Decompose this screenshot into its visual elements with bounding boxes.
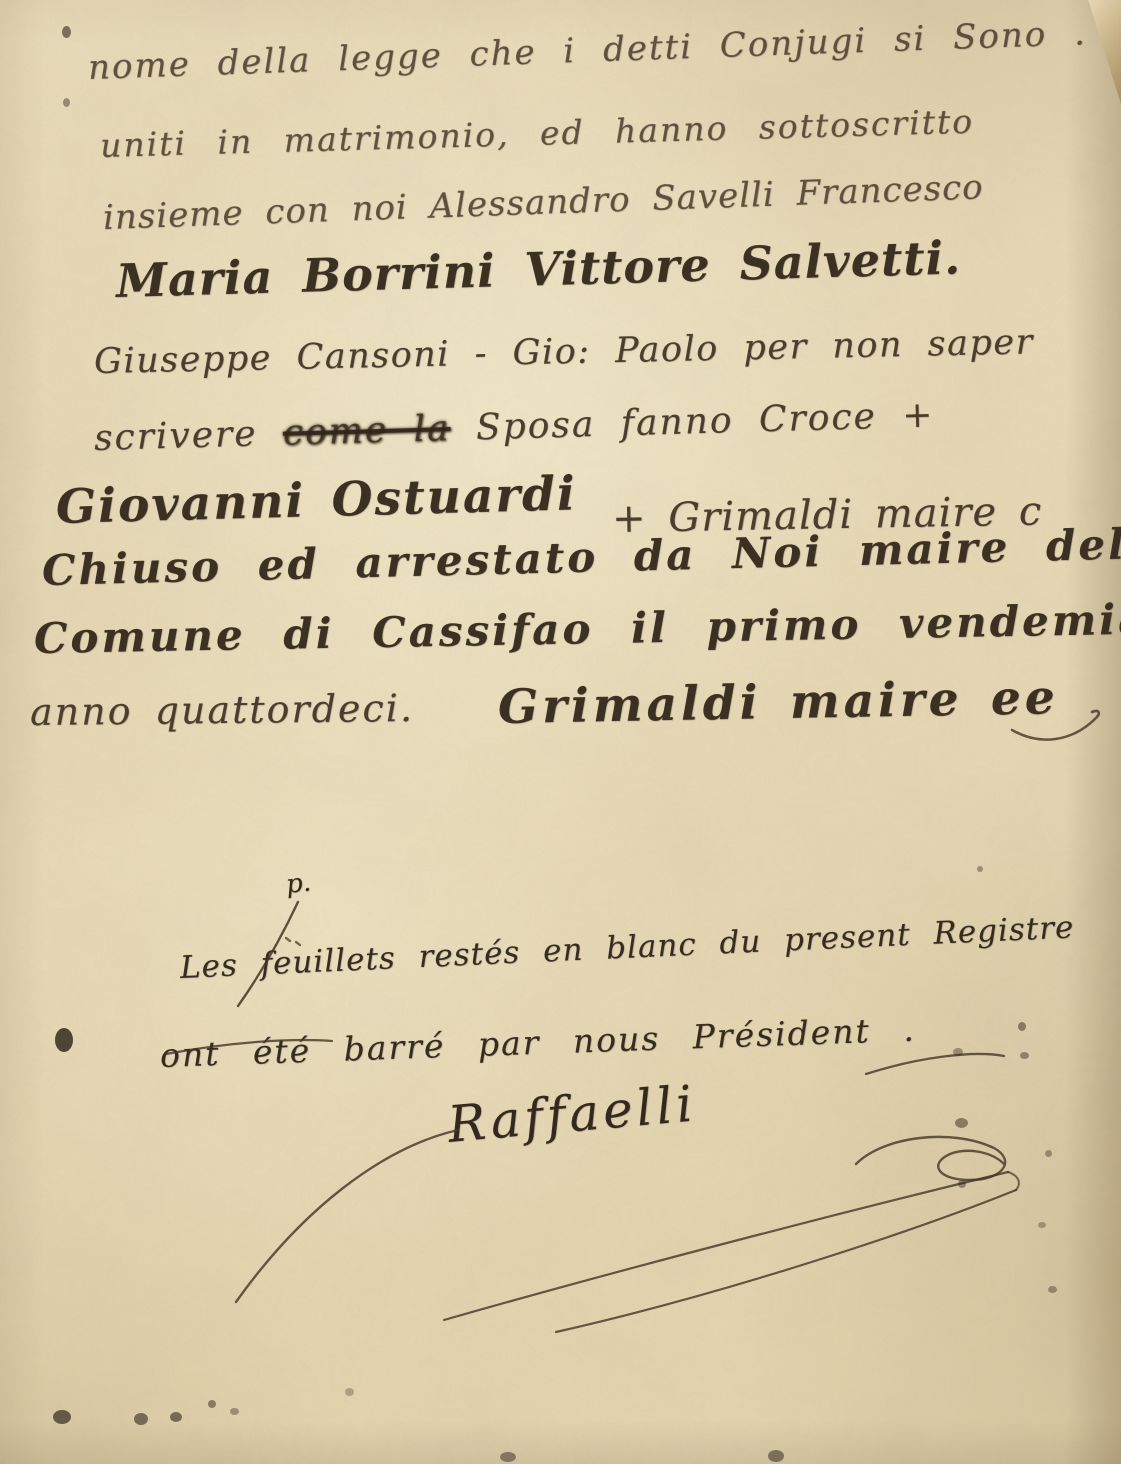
ink-spot [1018, 1022, 1026, 1031]
raffaelli-signature: Raffaelli [445, 1074, 698, 1153]
struck-word: come la [282, 408, 451, 454]
ink-spot [55, 1028, 73, 1052]
french-note-line-1: Les feuillets restés en blanc du present… [179, 909, 1075, 986]
president-dash [866, 1054, 1004, 1074]
ink-spot [768, 1450, 784, 1462]
act-line-2: uniti in matrimonio, ed hanno sottoscrit… [99, 102, 974, 165]
act-line-1: nome della legge che i detti Conjugi si … [87, 13, 1087, 88]
ink-spot [1020, 1052, 1029, 1059]
grimaldi-maire-signature: Grimaldi maire ee [498, 670, 1060, 735]
manuscript-page: nome della legge che i detti Conjugi si … [0, 0, 1121, 1464]
ink-spot [1045, 1150, 1052, 1157]
ink-spot [1038, 1222, 1046, 1228]
french-note-line-2: ont été barré par nous Président . [159, 1010, 916, 1075]
signature-sweep-1 [444, 1172, 1008, 1320]
ink-spot [345, 1388, 354, 1396]
ink-spot [208, 1400, 216, 1408]
act-line-4-witness-names: Maria Borrini Vittore Salvetti. [115, 230, 961, 308]
act-line-9-closing: Comune di Cassifao il primo vendemiajo [34, 594, 1121, 663]
paraph-mark: p. [284, 867, 312, 899]
ink-spot [977, 866, 983, 872]
signature-loops [856, 1137, 1005, 1180]
ink-spot [170, 1412, 182, 1422]
signature-leadin [236, 1130, 458, 1302]
ink-spot [62, 26, 71, 38]
ink-spot [230, 1408, 239, 1415]
ink-spot [1048, 1286, 1057, 1293]
ink-spot [958, 1180, 966, 1188]
ink-spot [134, 1413, 148, 1425]
ink-spot [53, 1410, 71, 1424]
act-line-5-witness-names: Giuseppe Cansoni - Gio: Paolo per non sa… [94, 322, 1035, 382]
act-line-6-suffix: Sposa fanno Croce + [450, 395, 935, 449]
act-line-6-cross-note: scrivere come la Sposa fanno Croce + [93, 395, 934, 459]
ink-spot [953, 1048, 963, 1056]
signature-sweep-2 [556, 1190, 1016, 1332]
act-line-10-date: anno quattordeci. [30, 686, 414, 734]
witness-name-ostuardi: Giovanni Ostuardi [55, 466, 577, 535]
ink-spot [63, 98, 70, 107]
act-line-3: insieme con noi Alessandro Savelli Franc… [102, 167, 984, 238]
ink-spot [500, 1452, 516, 1462]
act-line-6-prefix: scrivere [93, 413, 283, 459]
signature-sweep-join [1008, 1172, 1019, 1190]
ink-spot [955, 1118, 968, 1128]
